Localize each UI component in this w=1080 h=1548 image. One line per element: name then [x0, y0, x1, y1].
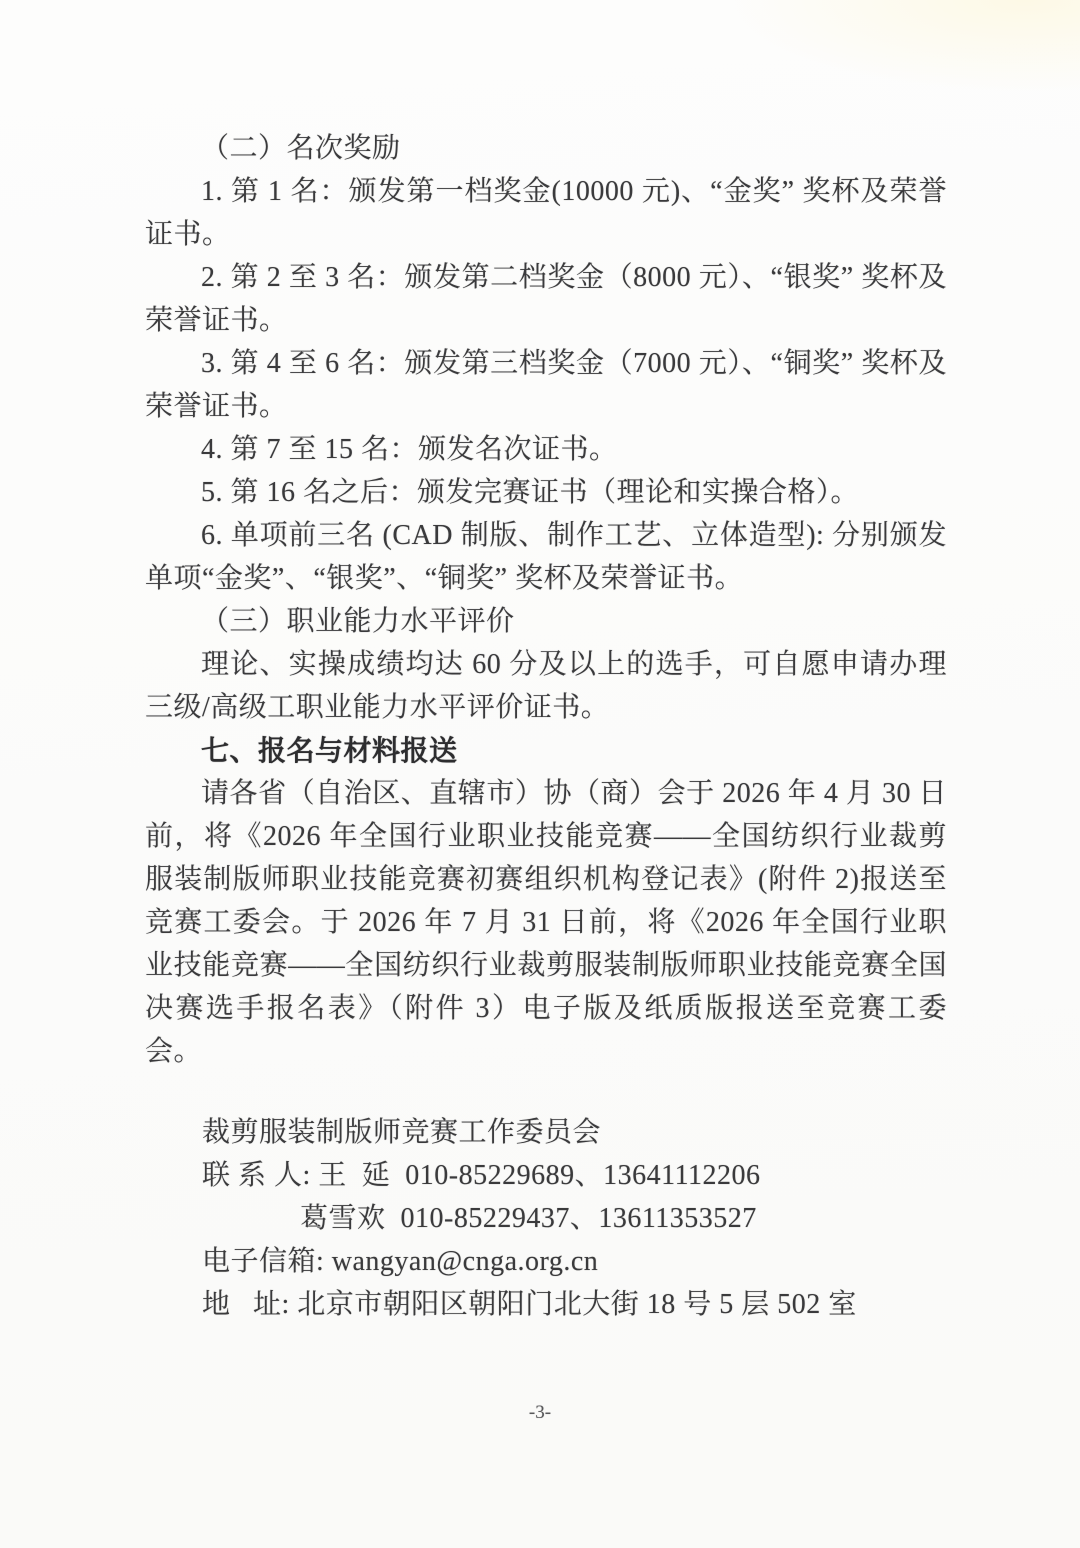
paragraph: 5. 第 16 名之后：颁发完赛证书（理论和实操合格）。: [145, 471, 947, 514]
contact-line-1: 联 系 人: 王 延 010-85229689、13641112206: [202, 1154, 947, 1197]
section-heading: 七、报名与材料报送: [145, 729, 947, 772]
paragraph: 2. 第 2 至 3 名：颁发第二档奖金（8000 元）、“银奖” 奖杯及荣誉证…: [145, 256, 947, 342]
committee-name: 裁剪服装制版师竞赛工作委员会: [202, 1111, 947, 1154]
document-body: （二）名次奖励1. 第 1 名：颁发第一档奖金(10000 元)、“金奖” 奖杯…: [145, 127, 947, 1073]
document-page: （二）名次奖励1. 第 1 名：颁发第一档奖金(10000 元)、“金奖” 奖杯…: [0, 0, 1080, 1548]
address-line: 地 址: 北京市朝阳区朝阳门北大街 18 号 5 层 502 室: [202, 1283, 947, 1326]
document-content: （二）名次奖励1. 第 1 名：颁发第一档奖金(10000 元)、“金奖” 奖杯…: [145, 127, 947, 1326]
paragraph: 1. 第 1 名：颁发第一档奖金(10000 元)、“金奖” 奖杯及荣誉证书。: [145, 170, 947, 256]
paragraph: （二）名次奖励: [145, 127, 947, 170]
contact-line-2: 葛雪欢 010-85229437、13611353527: [202, 1197, 947, 1240]
paragraph: （三）职业能力水平评价: [145, 600, 947, 643]
paragraph: 3. 第 4 至 6 名：颁发第三档奖金（7000 元）、“铜奖” 奖杯及荣誉证…: [145, 342, 947, 428]
paragraph: 4. 第 7 至 15 名：颁发名次证书。: [145, 428, 947, 471]
paragraph: 理论、实操成绩均达 60 分及以上的选手，可自愿申请办理三级/高级工职业能力水平…: [145, 643, 947, 729]
email-line: 电子信箱: wangyan@cnga.org.cn: [202, 1240, 947, 1283]
paragraph: 请各省（自治区、直辖市）协（商）会于 2026 年 4 月 30 日前，将《20…: [145, 772, 947, 1073]
page-number: -3-: [0, 1402, 1080, 1424]
paragraph: 6. 单项前三名 (CAD 制版、制作工艺、立体造型): 分别颁发单项“金奖”、…: [145, 514, 947, 600]
signature-block: 裁剪服装制版师竞赛工作委员会 联 系 人: 王 延 010-85229689、1…: [202, 1111, 947, 1326]
